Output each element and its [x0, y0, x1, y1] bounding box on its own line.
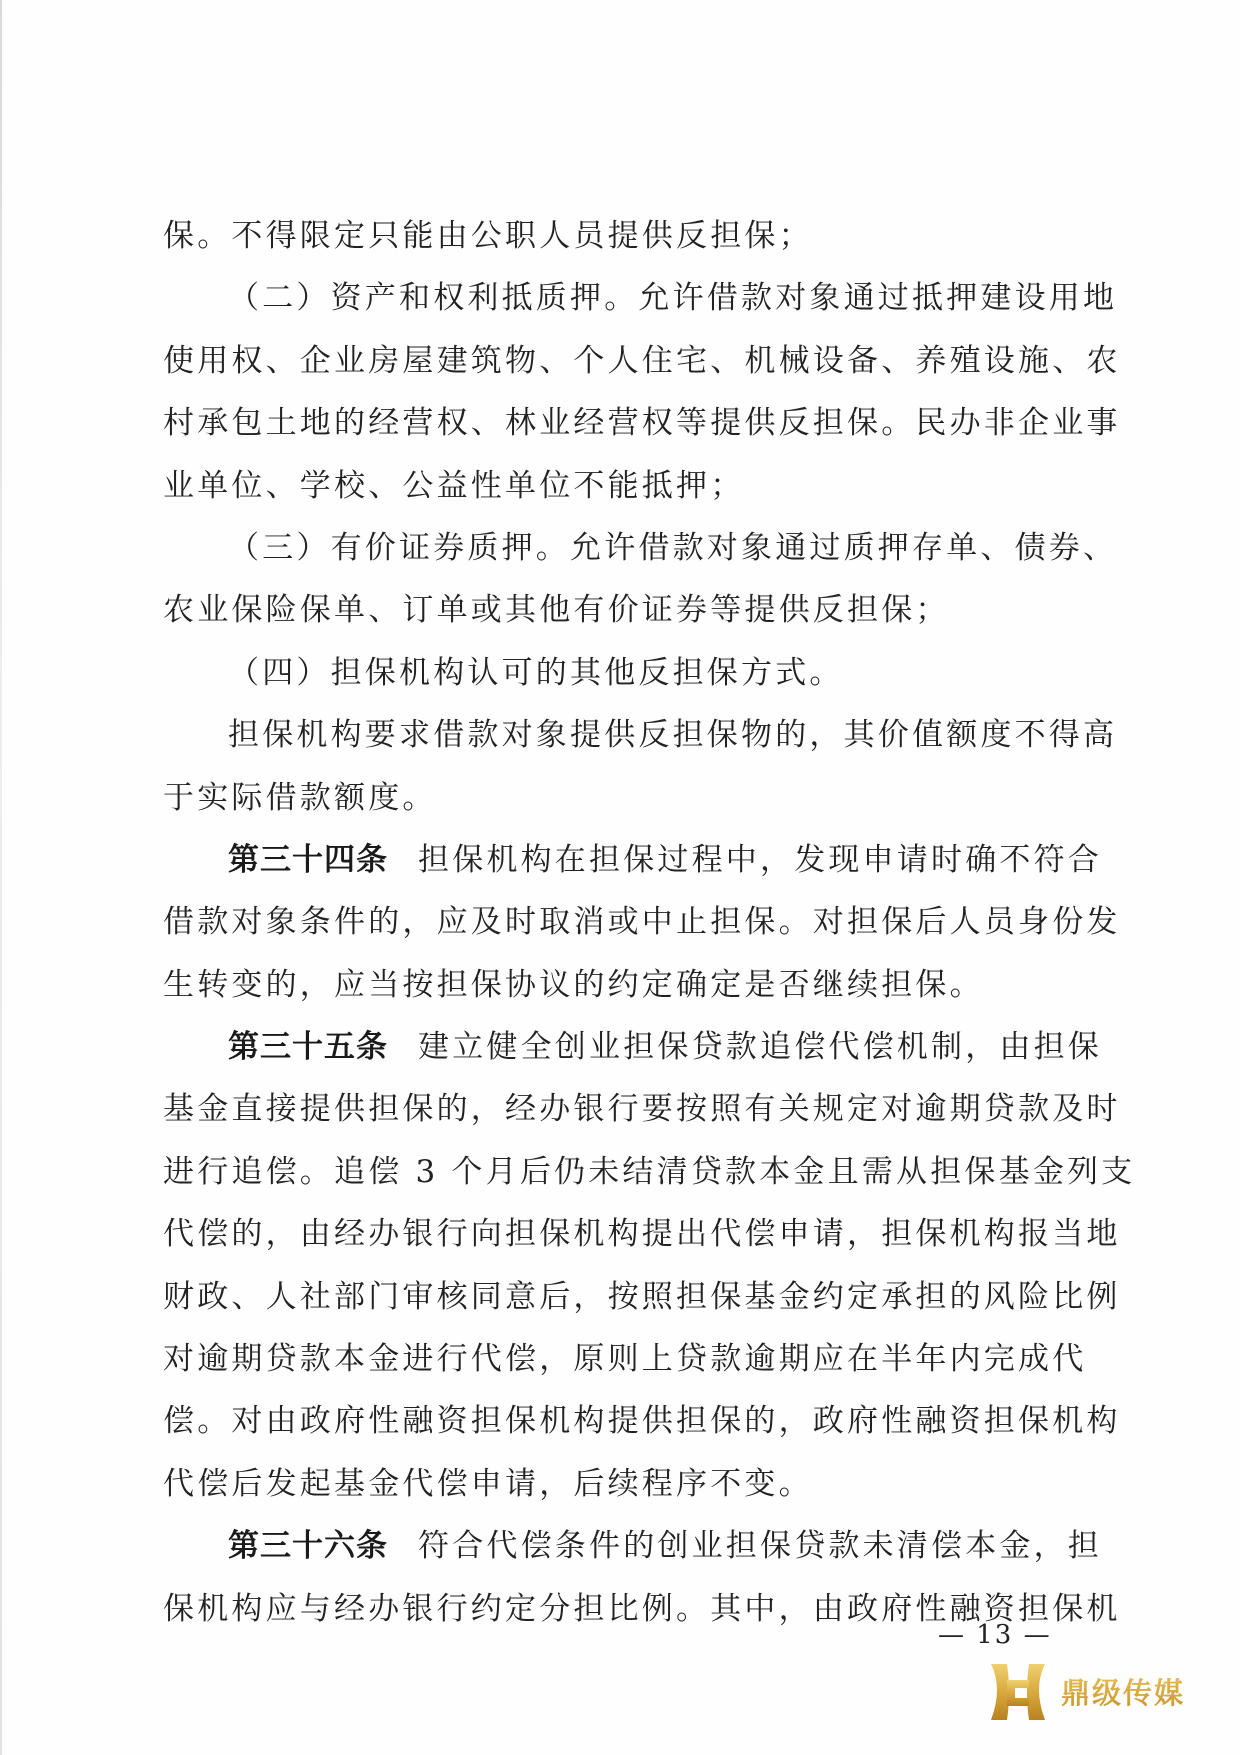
line-text: 生转变的，应当按担保协议的约定确定是否继续担保。 — [163, 967, 984, 1003]
article-paragraph-line: 第三十四条担保机构在担保过程中，发现申请时确不符合 — [163, 829, 1078, 891]
line-text: 担保机构要求借款对象提供反担保物的，其价值额度不得高 — [228, 717, 1117, 753]
line-text: 使用权、企业房屋建筑物、个人住宅、机械设备、养殖设施、农 — [163, 343, 1121, 379]
line-text: 于实际借款额度。 — [163, 780, 437, 816]
text-line: 偿。对由政府性融资担保机构提供担保的，政府性融资担保机构 — [163, 1390, 1078, 1452]
line-text: 对逾期贷款本金进行代偿，原则上贷款逾期应在半年内完成代 — [163, 1341, 1086, 1377]
line-text: 财政、人社部门审核同意后，按照担保基金约定承担的风险比例 — [163, 1279, 1121, 1315]
scan-edge — [0, 0, 2, 1755]
text-line: 农业保险保单、订单或其他有价证券等提供反担保； — [163, 579, 1078, 641]
article-number: 第三十五条 — [228, 1029, 388, 1065]
text-line: 基金直接提供担保的，经办银行要按照有关规定对逾期贷款及时 — [163, 1078, 1078, 1140]
line-text: 符合代偿条件的创业担保贷款未清偿本金，担 — [418, 1528, 1102, 1564]
watermark-text: 鼎级传媒 — [1061, 1671, 1185, 1712]
line-text: 偿。对由政府性融资担保机构提供担保的，政府性融资担保机构 — [163, 1403, 1121, 1439]
text-line: 于实际借款额度。 — [163, 767, 1078, 829]
article-paragraph-line: 第三十六条符合代偿条件的创业担保贷款未清偿本金，担 — [163, 1515, 1078, 1577]
line-text: 代偿的，由经办银行向担保机构提出代偿申请，担保机构报当地 — [163, 1216, 1121, 1252]
text-line: 进行追偿。追偿 3 个月后仍未结清贷款本金且需从担保基金列支 — [163, 1141, 1078, 1203]
line-text: 村承包土地的经营权、林业经营权等提供反担保。民办非企业事 — [163, 405, 1121, 441]
text-line: 财政、人社部门审核同意后，按照担保基金约定承担的风险比例 — [163, 1266, 1078, 1328]
line-text: （四）担保机构认可的其他反担保方式。 — [228, 655, 844, 691]
line-text: 代偿后发起基金代偿申请，后续程序不变。 — [163, 1466, 813, 1502]
text-line: 代偿的，由经办银行向担保机构提出代偿申请，担保机构报当地 — [163, 1203, 1078, 1265]
line-text: （三）有价证券质押。允许借款对象通过质押存单、债券、 — [228, 530, 1117, 566]
line-text: （二）资产和权利抵质押。允许借款对象通过抵押建设用地 — [228, 280, 1117, 316]
text-line: （四）担保机构认可的其他反担保方式。 — [163, 642, 1078, 704]
line-text: 农业保险保单、订单或其他有价证券等提供反担保； — [163, 592, 950, 628]
text-line: 使用权、企业房屋建筑物、个人住宅、机械设备、养殖设施、农 — [163, 330, 1078, 392]
text-line: （二）资产和权利抵质押。允许借款对象通过抵押建设用地 — [163, 267, 1078, 329]
text-line: 村承包土地的经营权、林业经营权等提供反担保。民办非企业事 — [163, 392, 1078, 454]
line-text: 建立健全创业担保贷款追偿代偿机制，由担保 — [418, 1029, 1102, 1065]
article-number: 第三十四条 — [228, 842, 388, 878]
line-text: 进行追偿。追偿 3 个月后仍未结清贷款本金且需从担保基金列支 — [163, 1154, 1135, 1190]
document-page: 保。不得限定只能由公职人员提供反担保；（二）资产和权利抵质押。允许借款对象通过抵… — [0, 0, 1240, 1755]
text-line: 代偿后发起基金代偿申请，后续程序不变。 — [163, 1453, 1078, 1515]
text-line: （三）有价证券质押。允许借款对象通过质押存单、债券、 — [163, 517, 1078, 579]
line-text: 基金直接提供担保的，经办银行要按照有关规定对逾期贷款及时 — [163, 1091, 1121, 1127]
line-text: 担保机构在担保过程中，发现申请时确不符合 — [418, 842, 1102, 878]
article-number: 第三十六条 — [228, 1528, 388, 1564]
text-line: 担保机构要求借款对象提供反担保物的，其价值额度不得高 — [163, 704, 1078, 766]
text-line: 业单位、学校、公益性单位不能抵押； — [163, 455, 1078, 517]
ding-ji-logo-icon — [985, 1658, 1051, 1724]
document-body: 保。不得限定只能由公职人员提供反担保；（二）资产和权利抵质押。允许借款对象通过抵… — [163, 205, 1078, 1640]
line-text: 业单位、学校、公益性单位不能抵押； — [163, 468, 744, 504]
text-line: 保。不得限定只能由公职人员提供反担保； — [163, 205, 1078, 267]
page-number: — 13 — — [938, 1620, 1052, 1650]
watermark: 鼎级传媒 — [985, 1655, 1185, 1727]
line-text: 保。不得限定只能由公职人员提供反担保； — [163, 218, 813, 254]
article-paragraph-line: 第三十五条建立健全创业担保贷款追偿代偿机制，由担保 — [163, 1016, 1078, 1078]
text-line: 借款对象条件的，应及时取消或中止担保。对担保后人员身份发 — [163, 891, 1078, 953]
line-text: 借款对象条件的，应及时取消或中止担保。对担保后人员身份发 — [163, 904, 1121, 940]
text-line: 生转变的，应当按担保协议的约定确定是否继续担保。 — [163, 954, 1078, 1016]
text-line: 对逾期贷款本金进行代偿，原则上贷款逾期应在半年内完成代 — [163, 1328, 1078, 1390]
